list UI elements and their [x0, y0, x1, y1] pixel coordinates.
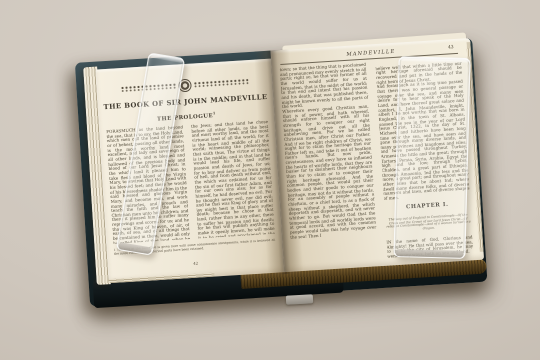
right-page-column-1: town; so that the thing that is proclaim… — [280, 63, 379, 266]
left-page-column-2: the Jews; and that land he chose before … — [191, 120, 275, 239]
photograph-of-open-book: THE BOOK OF SIR JOHN MANDEVILLE THE PROL… — [0, 0, 540, 360]
ornament-flourish-right — [193, 78, 249, 88]
cradle-clip — [286, 294, 313, 304]
acrylic-book-weight-right — [393, 56, 470, 259]
right-page-number: 43 — [448, 45, 454, 50]
ornament-band — [120, 75, 249, 95]
footnote-marker: 1 — [213, 111, 216, 115]
